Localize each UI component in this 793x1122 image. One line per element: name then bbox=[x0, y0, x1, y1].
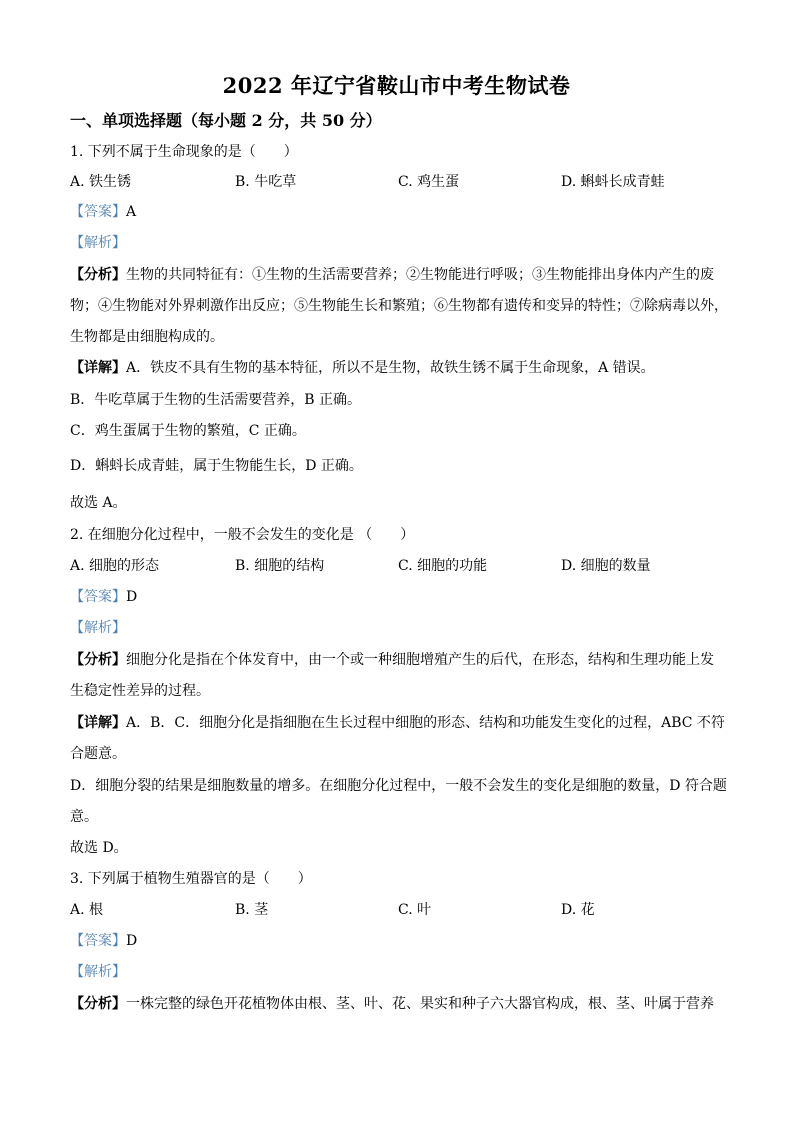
q3-option-c: C. 叶 bbox=[398, 901, 431, 919]
q1-analysis-line-2: 物；④生物能对外界刺激作出反应；⑤生物能生长和繁殖；⑥生物都有遗传和变异的特性；… bbox=[70, 297, 728, 315]
xiangjie-label: 【详解】 bbox=[70, 360, 126, 376]
q1-option-c: C. 鸡生蛋 bbox=[398, 173, 459, 191]
q1-answer-row: 【答案】A bbox=[70, 203, 136, 221]
q1-option-b: B. 牛吃草 bbox=[235, 173, 296, 191]
q2-detail-line-1: 【详解】A．B．C．细胞分化是指细胞在生长过程中细胞的形态、结构和功能发生变化的… bbox=[70, 714, 725, 732]
xiangjie-label: 【详解】 bbox=[70, 715, 126, 731]
question-2-stem: 2. 在细胞分化过程中，一般不会发生的变化是 （ ） bbox=[70, 526, 414, 544]
q2-answer-value: D bbox=[126, 589, 137, 605]
q2-jiexi-label: 【解析】 bbox=[70, 619, 126, 637]
q2-detail-line-4: 意。 bbox=[70, 808, 98, 826]
q3-option-b: B. 茎 bbox=[235, 901, 268, 919]
q1-jiexi-label: 【解析】 bbox=[70, 234, 126, 252]
q1-detail-line-1: 【详解】A．铁皮不具有生物的基本特征，所以不是生物，故铁生锈不属于生命现象，A … bbox=[70, 359, 655, 377]
answer-label: 【答案】 bbox=[70, 933, 126, 949]
q3-answer-value: D bbox=[126, 933, 137, 949]
q1-detail-line-4: D．蝌蚪长成青蛙，属于生物能生长，D 正确。 bbox=[70, 457, 363, 475]
document-title: 2022 年辽宁省鞍山市中考生物试卷 bbox=[0, 70, 793, 100]
fenxi-label: 【分析】 bbox=[70, 996, 126, 1012]
question-3-stem: 3. 下列属于植物生殖器官的是（ ） bbox=[70, 870, 312, 888]
q1-conclusion: 故选 A。 bbox=[70, 494, 127, 512]
q1-option-d: D. 蝌蚪长成青蛙 bbox=[561, 173, 665, 191]
q2-detail-line-3: D．细胞分裂的结果是细胞数量的增多。在细胞分化过程中，一般不会发生的变化是细胞的… bbox=[70, 777, 727, 795]
question-1-stem: 1. 下列不属于生命现象的是（ ） bbox=[70, 143, 298, 161]
q1-analysis-line-3: 生物都是由细胞构成的。 bbox=[70, 328, 224, 346]
answer-label: 【答案】 bbox=[70, 589, 126, 605]
q2-option-a: A. 细胞的形态 bbox=[70, 557, 159, 575]
q2-analysis-line-2: 生稳定性差异的过程。 bbox=[70, 682, 210, 700]
q2-answer-row: 【答案】D bbox=[70, 588, 137, 606]
q1-option-a: A. 铁生锈 bbox=[70, 173, 131, 191]
q2-option-c: C. 细胞的功能 bbox=[398, 557, 487, 575]
q3-option-a: A. 根 bbox=[70, 901, 103, 919]
q2-analysis-line-1: 【分析】细胞分化是指在个体发育中，由一个或一种细胞增殖产生的后代，在形态，结构和… bbox=[70, 651, 714, 669]
section-heading: 一、单项选择题（每小题 2 分，共 50 分） bbox=[70, 108, 382, 131]
q1-answer-value: A bbox=[126, 204, 136, 220]
q3-analysis-line-1: 【分析】一株完整的绿色开花植物体由根、茎、叶、花、果实和种子六大器官构成，根、茎… bbox=[70, 995, 714, 1013]
q2-conclusion: 故选 D。 bbox=[70, 839, 128, 857]
q3-answer-row: 【答案】D bbox=[70, 932, 137, 950]
answer-label: 【答案】 bbox=[70, 204, 126, 220]
q2-option-b: B. 细胞的结构 bbox=[235, 557, 324, 575]
q2-option-d: D. 细胞的数量 bbox=[561, 557, 651, 575]
q3-jiexi-label: 【解析】 bbox=[70, 963, 126, 981]
q1-detail-line-2: B．牛吃草属于生物的生活需要营养，B 正确。 bbox=[70, 391, 361, 409]
q2-detail-line-2: 合题意。 bbox=[70, 745, 126, 763]
q3-option-d: D. 花 bbox=[561, 901, 595, 919]
q1-analysis-line-1: 【分析】生物的共同特征有：①生物的生活需要营养；②生物能进行呼吸；③生物能排出身… bbox=[70, 266, 714, 284]
q1-detail-line-3: C．鸡生蛋属于生物的繁殖，C 正确。 bbox=[70, 422, 306, 440]
fenxi-label: 【分析】 bbox=[70, 267, 126, 283]
fenxi-label: 【分析】 bbox=[70, 652, 126, 668]
